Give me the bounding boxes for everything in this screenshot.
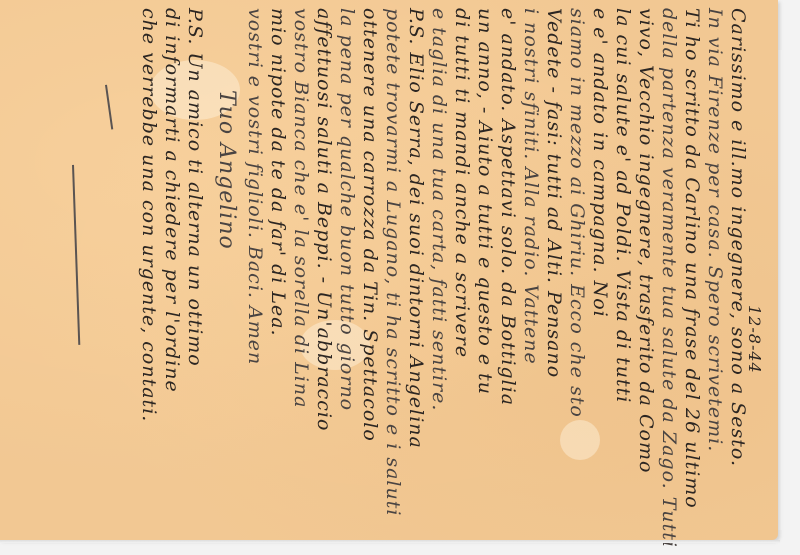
scanned-postcard: Carissimo e ill.mo ingegnere, sono a Ses… [0, 0, 800, 555]
text-line: e taglia di una tua carta, fatti sentire… [429, 8, 448, 411]
card-edge-shadow [778, 50, 782, 530]
text-line: e' andato. Aspettavi solo. da Bottiglia [498, 8, 517, 406]
text-line: mio nipote da te da far' di Lea. [268, 8, 287, 337]
text-line: vostro Bianca che e' la sorella di Lina [291, 8, 310, 408]
text-line: i nostri sfiniti. Alla radio. Vattene [521, 8, 540, 365]
text-line: di informarti a chiedere per l'ordine [162, 8, 181, 393]
text-line: Ti ho scritto da Carlino una frase del 2… [682, 8, 701, 509]
text-line: un anno, - Aiuto a tutti e questo e tu [475, 8, 494, 395]
text-line: della partenza veramente tua salute da Z… [659, 8, 678, 548]
text-line: vivo, Vecchio ingegnere, trasferito da C… [636, 8, 655, 473]
text-line: siamo in mezzo ai Ghiriu. Ecco che sto [567, 8, 586, 418]
card-bottom-shadow [0, 540, 780, 543]
letter-date: 12-8-44 [745, 305, 764, 374]
text-line: di tutti ti mandi anche a scrivere [452, 8, 471, 358]
text-line: Carissimo e ill.mo ingegnere, sono a Ses… [728, 8, 747, 467]
text-line: P.S. Elio Serra, dei suoi dintorni Angel… [406, 8, 425, 449]
text-line: Vedete - fasi: tutti ad Alti. Pensano [544, 8, 563, 378]
signature: Tuo Angelino [215, 90, 237, 250]
text-line: affettuosi saluti a Beppi. - Un'abbracci… [314, 8, 333, 431]
text-line: In via Firenze per casa. Spero scrivetem… [705, 8, 724, 452]
text-line: e e' andato in campagna. Noi [590, 8, 609, 318]
handwritten-text: Carissimo e ill.mo ingegnere, sono a Ses… [0, 0, 778, 540]
text-line: vostri e vostri figlioli. Baci. Amen [245, 8, 264, 365]
text-line: che verrebbe una con urgente, contati. [139, 8, 158, 422]
text-line: la cui salute e' ad Poldi. Vista di tutt… [613, 8, 632, 403]
text-line: potete trovarmi a Lugano, ti ha scritto … [383, 8, 402, 516]
text-line: la pena per qualche buon tutto giorno [337, 8, 356, 411]
text-line: ottenere una carrozza da Tin. Spettacolo [360, 8, 379, 442]
postcard-paper: Carissimo e ill.mo ingegnere, sono a Ses… [0, 0, 778, 540]
text-line: P.S. Un amico ti alterna un ottimo [185, 8, 204, 367]
